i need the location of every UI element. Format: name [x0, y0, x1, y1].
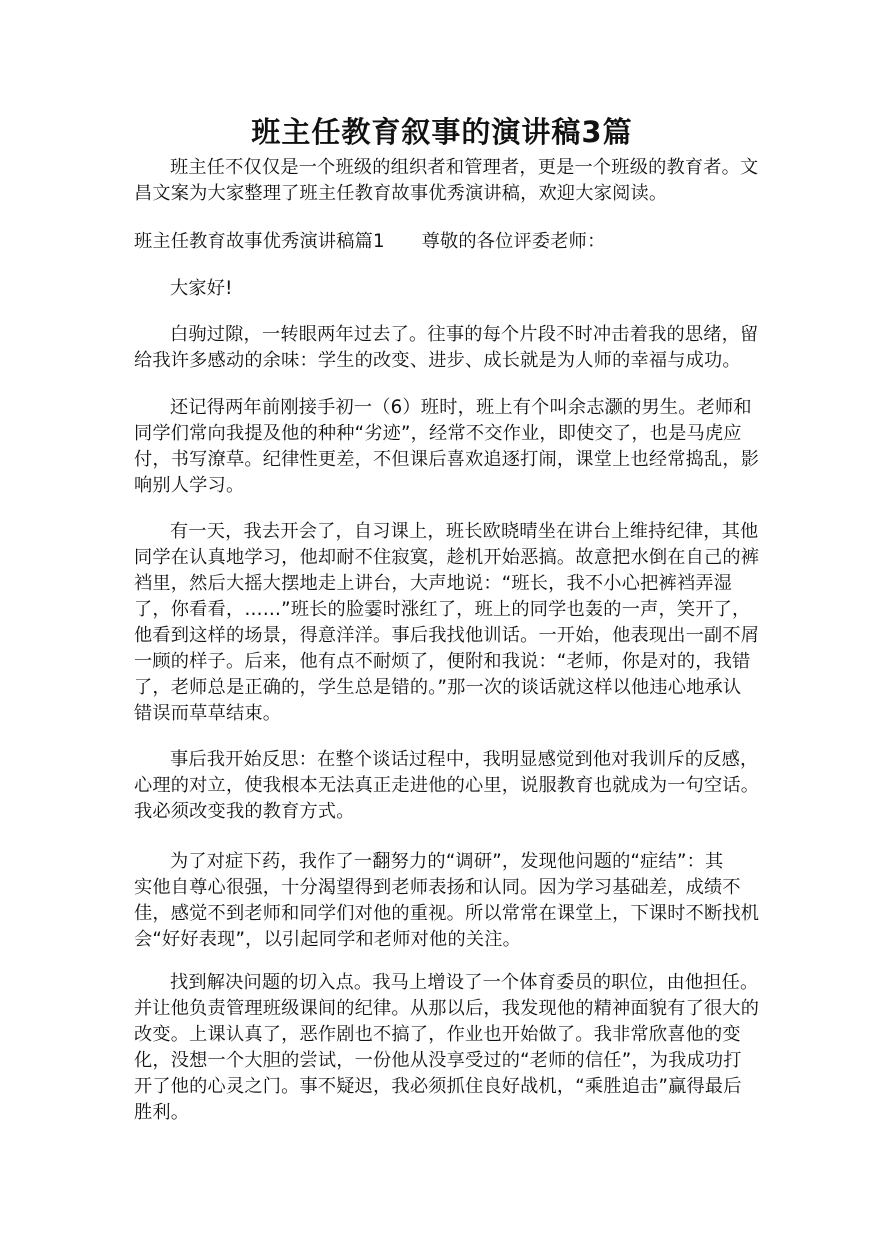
paragraph-line: 一顾的样子。后来，他有点不耐烦了，便附和我说：“老师，你是对的，我错: [134, 650, 774, 674]
paragraph-line: 响别人学习。: [134, 474, 774, 498]
paragraph-line: 佳，感觉不到老师和同学们对他的重视。所以常常在课堂上，下课时不断找机: [134, 902, 774, 926]
paragraph-line: 并让他负责管理班级课间的纪律。从那以后，我发现他的精神面貌有了很大的: [134, 997, 774, 1021]
paragraph-line: 改变。上课认真了，恶作剧也不搞了，作业也开始做了。我非常欣喜他的变: [134, 1023, 774, 1047]
paragraph-line: 找到解决问题的切入点。我马上增设了一个体育委员的职位，由他担任。: [170, 971, 810, 995]
paragraph-line: 裆里，然后大摇大摆地走上讲台，大声地说：“班长，我不小心把裤裆弄湿: [134, 572, 774, 596]
section-heading: 班主任教育故事优秀演讲稿篇1 尊敬的各位评委老师：: [134, 230, 774, 254]
paragraph-line: 心理的对立，使我根本无法真正走进他的心里，说服教育也就成为一句空话。: [134, 774, 774, 798]
paragraph-line: 胜利。: [134, 1101, 774, 1125]
paragraph-line: 为了对症下药，我作了一翻努力的“调研”，发现他问题的“症结”：其: [170, 850, 810, 874]
paragraph-line: 实他自尊心很强，十分渴望得到老师表扬和认同。因为学习基础差，成绩不: [134, 876, 774, 900]
paragraph-line: 给我许多感动的余味：学生的改变、进步、成长就是为人师的幸福与成功。: [134, 349, 774, 373]
paragraph-line: 会“好好表现”，以引起同学和老师对他的关注。: [134, 928, 774, 952]
paragraph-line: 还记得两年前刚接手初一（6）班时，班上有个叫余志灏的男生。老师和: [170, 396, 810, 420]
intro-line: 昌文案为大家整理了班主任教育故事优秀演讲稿，欢迎大家阅读。: [134, 182, 774, 206]
paragraph-line: 有一天，我去开会了，自习课上，班长欧晓晴坐在讲台上维持纪律，其他: [170, 520, 810, 544]
paragraph-line: 付，书写潦草。纪律性更差，不但课后喜欢追逐打闹，课堂上也经常捣乱，影: [134, 448, 774, 472]
document-page: 班主任教育叙事的演讲稿3篇 班主任不仅仅是一个班级的组织者和管理者，更是一个班级…: [0, 0, 884, 1250]
paragraph-line: 同学在认真地学习，他却耐不住寂寞，趁机开始恶搞。故意把水倒在自己的裤: [134, 546, 774, 570]
paragraph-line: 我必须改变我的教育方式。: [134, 800, 774, 824]
paragraph-line: 事后我开始反思：在整个谈话过程中，我明显感觉到他对我训斥的反感，: [170, 748, 810, 772]
paragraph-line: 了，你看看，……”班长的脸霎时涨红了，班上的同学也轰的一声，笑开了，: [134, 598, 774, 622]
paragraph-line: 他看到这样的场景，得意洋洋。事后我找他训话。一开始，他表现出一副不屑: [134, 624, 774, 648]
paragraph-line: 白驹过隙，一转眼两年过去了。往事的每个片段不时冲击着我的思绪，留: [170, 323, 810, 347]
intro-line: 班主任不仅仅是一个班级的组织者和管理者，更是一个班级的教育者。文: [170, 156, 810, 180]
paragraph-line: 化，没想一个大胆的尝试，一份他从没享受过的“老师的信任”，为我成功打: [134, 1049, 774, 1073]
greeting: 大家好!: [170, 277, 810, 301]
document-title: 班主任教育叙事的演讲稿3篇: [0, 112, 884, 152]
paragraph-line: 开了他的心灵之门。事不疑迟，我必须抓住良好战机，“乘胜追击”赢得最后: [134, 1075, 774, 1099]
paragraph-line: 同学们常向我提及他的种种“劣迹”，经常不交作业，即使交了，也是马虎应: [134, 422, 774, 446]
paragraph-line: 错误而草草结束。: [134, 702, 774, 726]
paragraph-line: 了，老师总是正确的，学生总是错的。”那一次的谈话就这样以他违心地承认: [134, 676, 774, 700]
